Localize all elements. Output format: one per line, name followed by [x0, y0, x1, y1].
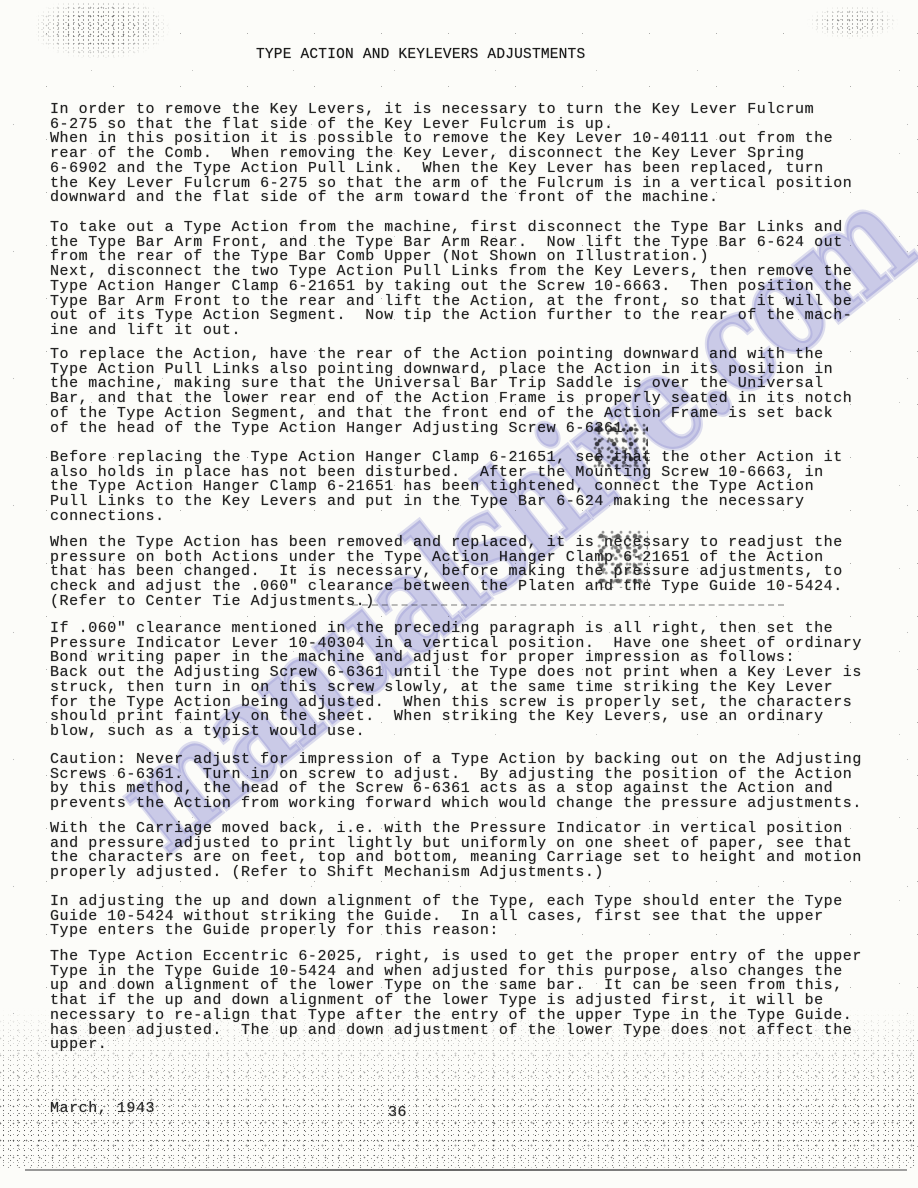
body-paragraph: To take out a Type Action from the machi…: [50, 221, 890, 339]
scan-edge-line: [25, 1169, 907, 1171]
scanned-manual-page: TYPE ACTION AND KEYLEVERS ADJUSTMENTS In…: [0, 0, 918, 1188]
body-paragraph: In adjusting the up and down alignment o…: [50, 895, 890, 939]
scan-smudge-top-left: [36, 2, 188, 94]
body-paragraph: Before replacing the Type Action Hanger …: [50, 451, 890, 525]
body-paragraph: With the Carriage moved back, i.e. with …: [50, 822, 890, 881]
page-number: 36: [388, 1104, 407, 1121]
body-paragraph: The Type Action Eccentric 6-2025, right,…: [50, 950, 890, 1053]
page-title: TYPE ACTION AND KEYLEVERS ADJUSTMENTS: [256, 47, 585, 63]
body-paragraph: When the Type Action has been removed an…: [50, 536, 890, 610]
body-paragraph: If .060" clearance mentioned in the prec…: [50, 622, 890, 740]
scan-smudge-top-right: [795, 6, 900, 46]
footer-date: March, 1943: [50, 1100, 155, 1117]
body-paragraph: Caution: Never adjust for impression of …: [50, 753, 890, 812]
body-paragraph: To replace the Action, have the rear of …: [50, 348, 890, 436]
body-paragraph: In order to remove the Key Levers, it is…: [50, 103, 890, 206]
